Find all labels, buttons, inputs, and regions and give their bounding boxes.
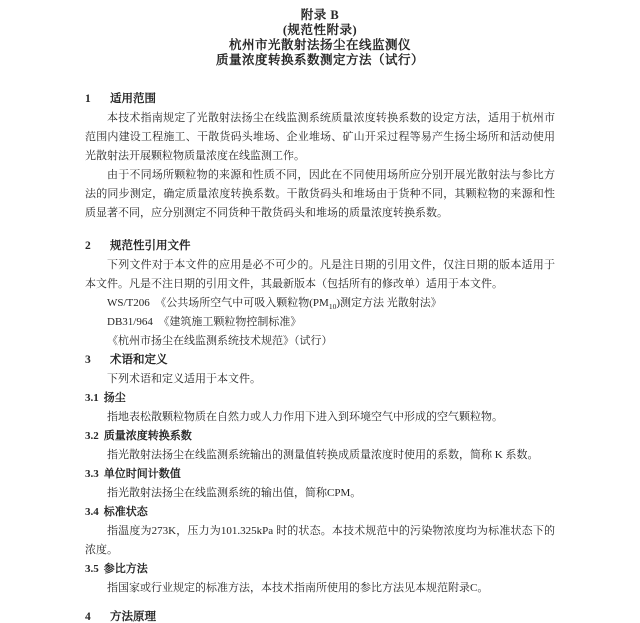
definition-3-5-number: 3.5 xyxy=(85,563,99,575)
definition-3-5-term: 参比方法 xyxy=(104,563,148,575)
definition-3-5-heading: 3.5参比方法 xyxy=(85,560,555,579)
definition-3-1-number: 3.1 xyxy=(85,392,99,404)
reference-text-pre: WS/T206 《公共场所空气中可吸入颗粒物(PM xyxy=(107,297,329,309)
section-1-paragraph-1: 本技术指南规定了光散射法扬尘在线监测系统质量浓度转换系数的设定方法，适用于杭州市… xyxy=(85,109,555,166)
section-2-number: 2 xyxy=(85,237,110,256)
section-2-heading: 2规范性引用文件 xyxy=(85,237,555,256)
document-header: 附录 B (规范性附录) 杭州市光散射法扬尘在线监测仪 质量浓度转换系数测定方法… xyxy=(0,0,640,68)
section-1-title: 适用范围 xyxy=(110,93,156,105)
appendix-label: 附录 B xyxy=(0,8,640,23)
definition-3-5-text: 指国家或行业规定的标准方法，本技术指南所使用的参比方法见本规范附录C。 xyxy=(85,579,555,598)
reference-db31-964: DB31/964 《建筑施工颗粒物控制标准》 xyxy=(85,313,555,332)
section-3-intro: 下列术语和定义适用于本文件。 xyxy=(85,370,555,389)
section-3-heading: 3术语和定义 xyxy=(85,351,555,370)
definition-3-2-text: 指光散射法扬尘在线监测系统输出的测量值转换成质量浓度时使用的系数，简称 K 系数… xyxy=(85,446,555,465)
document-page: 附录 B (规范性附录) 杭州市光散射法扬尘在线监测仪 质量浓度转换系数测定方法… xyxy=(0,0,640,623)
definition-3-4-heading: 3.4标准状态 xyxy=(85,503,555,522)
section-1-paragraph-2: 由于不同场所颗粒物的来源和性质不同，因此在不同使用场所应分别开展光散射法与参比方… xyxy=(85,166,555,223)
definition-3-3-heading: 3.3单位时间计数值 xyxy=(85,465,555,484)
definition-3-3-term: 单位时间计数值 xyxy=(104,468,181,480)
definition-3-3-text: 指光散射法扬尘在线监测系统的输出值，简称CPM。 xyxy=(85,484,555,503)
definition-3-1-heading: 3.1扬尘 xyxy=(85,389,555,408)
definition-3-2-term: 质量浓度转换系数 xyxy=(104,430,192,442)
definition-3-2-number: 3.2 xyxy=(85,430,99,442)
section-4-title: 方法原理 xyxy=(110,611,156,623)
definition-3-4-term: 标准状态 xyxy=(104,506,148,518)
section-4-number: 4 xyxy=(85,608,110,623)
document-title-line1: 杭州市光散射法扬尘在线监测仪 xyxy=(0,38,640,53)
reference-hangzhou-spec: 《杭州市扬尘在线监测系统技术规范》（试行） xyxy=(85,332,555,351)
document-body: 1适用范围 本技术指南规定了光散射法扬尘在线监测系统质量浓度转换系数的设定方法，… xyxy=(85,90,555,623)
section-3-title: 术语和定义 xyxy=(110,354,168,366)
section-1-number: 1 xyxy=(85,90,110,109)
definition-3-1-text: 指地表松散颗粒物质在自然力或人力作用下进入到环境空气中形成的空气颗粒物。 xyxy=(85,408,555,427)
document-title-line2: 质量浓度转换系数测定方法（试行） xyxy=(0,53,640,68)
definition-3-4-number: 3.4 xyxy=(85,506,99,518)
reference-text-post: )测定方法 光散射法》 xyxy=(336,297,441,309)
reference-ws-t206: WS/T206 《公共场所空气中可吸入颗粒物(PM10)测定方法 光散射法》 xyxy=(85,294,555,313)
section-4-heading: 4方法原理 xyxy=(85,608,555,623)
definition-3-3-number: 3.3 xyxy=(85,468,99,480)
section-2-title: 规范性引用文件 xyxy=(110,240,191,252)
section-1-heading: 1适用范围 xyxy=(85,90,555,109)
definition-3-2-heading: 3.2质量浓度转换系数 xyxy=(85,427,555,446)
section-2-paragraph-1: 下列文件对于本文件的应用是必不可少的。凡是注日期的引用文件，仅注日期的版本适用于… xyxy=(85,256,555,294)
definition-3-4-text: 指温度为273K，压力为101.325kPa 时的状态。本技术规范中的污染物浓度… xyxy=(85,522,555,560)
appendix-note: (规范性附录) xyxy=(0,23,640,38)
section-3-number: 3 xyxy=(85,351,110,370)
definition-3-1-term: 扬尘 xyxy=(104,392,126,404)
